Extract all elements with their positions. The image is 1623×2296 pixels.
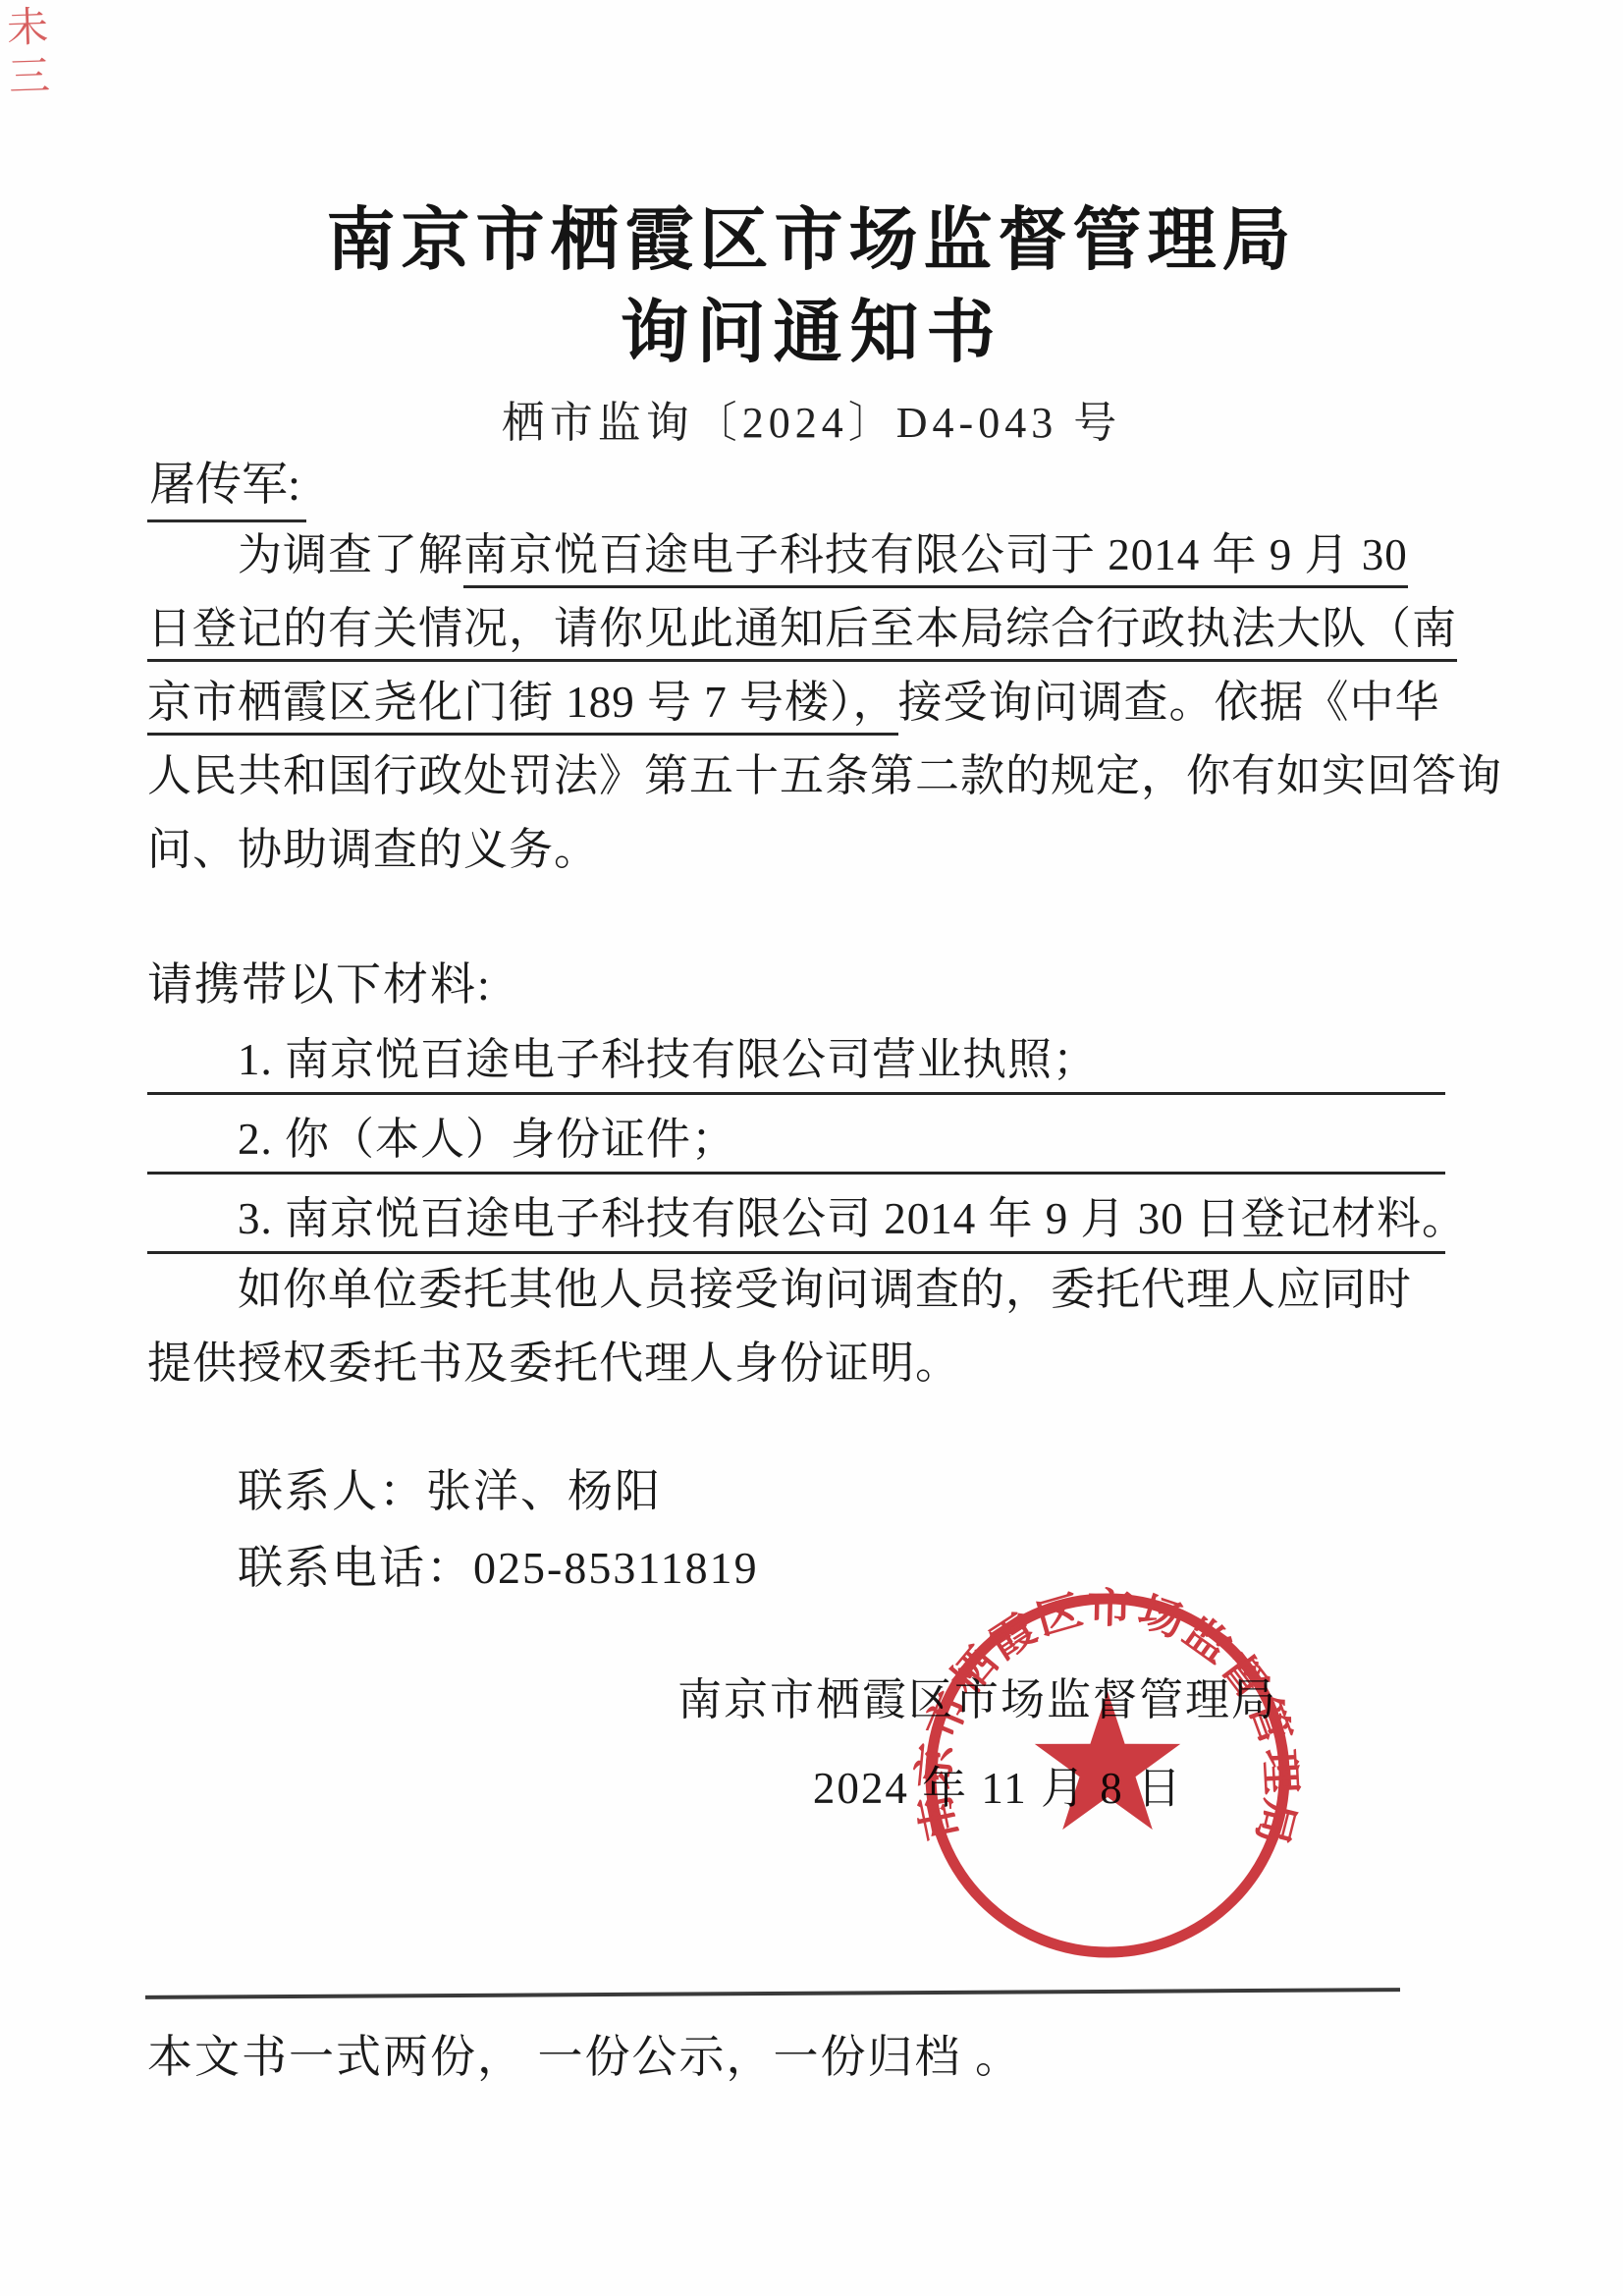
text-segment: 3. 南京悦百途电子科技有限公司 2014 年 9 月 30 日登记材料。 (238, 1194, 1467, 1243)
text-segment: 问、协助调查的义务。 (147, 825, 599, 874)
text-line: 2. 你（本人）身份证件； (147, 1101, 1445, 1175)
signature-date: 2024 年 11 月 8 日 (0, 1752, 1623, 1816)
document-title-org: 南京市栖霞区市场监督管理局 (0, 185, 1623, 284)
text-line: 问、协助调查的义务。 (147, 813, 1445, 887)
document-number: 栖市监询〔2024〕D4-043 号 (0, 387, 1623, 450)
footer-divider-line (145, 1988, 1400, 1999)
underlined-text-segment: 南京悦百途电子科技有限公司于 2014 年 9 月 30 (463, 530, 1408, 588)
contact-person: 联系人：张洋、杨阳 (147, 1455, 662, 1520)
document-title-type: 询问通知书 (0, 277, 1623, 376)
official-red-stamp: 南京市栖霞区市场监督管理局 (911, 1579, 1304, 1972)
text-line: 京市栖霞区尧化门街 189 号 7 号楼），接受询问调查。依据《中华 (147, 666, 1445, 739)
text-segment: 人民共和国行政处罚法》第五十五条第二款的规定，你有如实回答询 (147, 751, 1502, 800)
signature-org-name: 南京市栖霞区市场监督管理局 (0, 1664, 1623, 1727)
text-segment: 1. 南京悦百途电子科技有限公司营业执照； (238, 1035, 1098, 1084)
text-segment: 2. 你（本人）身份证件； (238, 1115, 736, 1164)
text-line: 3. 南京悦百途电子科技有限公司 2014 年 9 月 30 日登记材料。 (147, 1180, 1445, 1254)
materials-intro: 请携带以下材料: (147, 949, 492, 1013)
corner-red-marks: 未 三 (6, 3, 50, 102)
text-segment: 为调查了解 (238, 530, 463, 579)
paragraph-investigation: 为调查了解南京悦百途电子科技有限公司于 2014 年 9 月 30日登记的有关情… (147, 519, 1445, 887)
text-segment: 接受询问调查。依据《中华 (898, 678, 1440, 727)
text-line: 提供授权委托书及委托代理人身份证明。 (147, 1327, 1445, 1400)
scanned-document-page: 未 三 南京市栖霞区市场监督管理局 询问通知书 栖市监询〔2024〕D4-043… (0, 0, 1623, 2296)
underlined-text-segment: 京市栖霞区尧化门街 189 号 7 号楼）， (147, 678, 898, 736)
text-line: 1. 南京悦百途电子科技有限公司营业执照； (147, 1021, 1445, 1095)
text-line: 为调查了解南京悦百途电子科技有限公司于 2014 年 9 月 30 (147, 519, 1445, 592)
contact-phone: 联系电话：025-85311819 (147, 1532, 759, 1597)
text-segment: 如你单位委托其他人员接受询问调查的，委托代理人应同时 (238, 1265, 1412, 1314)
addressee-name: 屠传军: (147, 448, 306, 522)
materials-list: 1. 南京悦百途电子科技有限公司营业执照；2. 你（本人）身份证件；3. 南京悦… (147, 1021, 1445, 1260)
text-line: 如你单位委托其他人员接受询问调查的，委托代理人应同时 (147, 1253, 1445, 1327)
footer-note: 本文书一式两份， 一份公示，一份归档 。 (147, 2021, 1445, 2086)
text-line: 日登记的有关情况，请你见此通知后至本局综合行政执法大队（南 (147, 592, 1445, 666)
text-line: 人民共和国行政处罚法》第五十五条第二款的规定，你有如实回答询 (147, 739, 1445, 813)
underlined-text-segment: 日登记的有关情况，请你见此通知后至本局综合行政执法大队（南 (147, 604, 1457, 662)
stamp-star-icon (1035, 1691, 1180, 1830)
paragraph-delegation: 如你单位委托其他人员接受询问调查的，委托代理人应同时提供授权委托书及委托代理人身… (147, 1253, 1445, 1400)
text-segment: 提供授权委托书及委托代理人身份证明。 (147, 1339, 960, 1388)
